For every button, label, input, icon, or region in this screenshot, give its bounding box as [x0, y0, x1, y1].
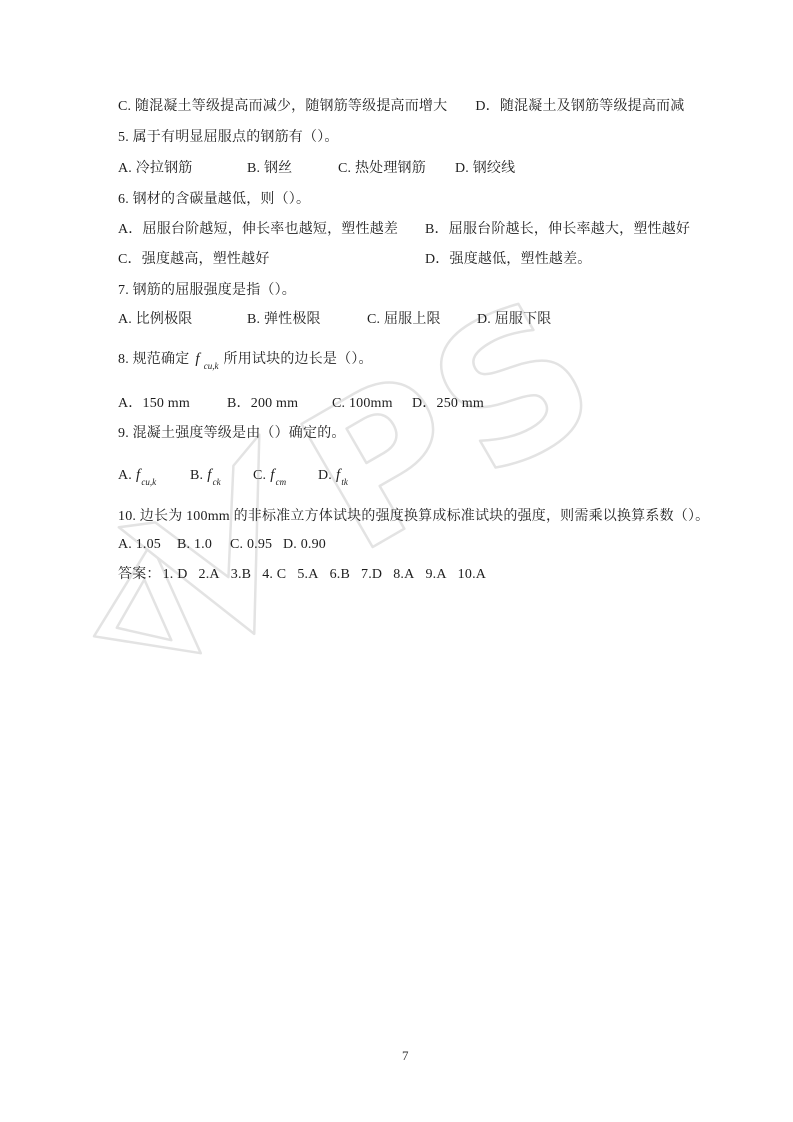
f-subscript: ck — [213, 477, 221, 487]
q8-formula: fcu,k — [189, 350, 218, 373]
page: PS C. 随混凝土等级提高而减少，随钢筋等级提高而增大 D．随混凝土及钢筋等级… — [0, 0, 793, 1122]
f-subscript: cu,k — [204, 361, 219, 371]
answer-4: 4. C — [262, 566, 286, 584]
q4-option-c: C. 随混凝土等级提高而减少，随钢筋等级提高而增大 — [118, 98, 447, 116]
question-5-stem: 5. 属于有明显屈服点的钢筋有（）。 — [118, 129, 339, 147]
answer-2: 2.A — [199, 566, 220, 584]
f-subscript: tk — [341, 477, 348, 487]
f-symbol: f — [136, 467, 140, 483]
question-10-options: A. 1.05 B. 1.0 C. 0.95 D. 0.90 — [118, 536, 326, 554]
answer-1: 1. D — [163, 566, 188, 584]
q4-option-d: D．随混凝土及钢筋等级提高而减 — [475, 98, 684, 116]
question-7-stem: 7. 钢筋的屈服强度是指（）。 — [118, 282, 296, 300]
q9-option-c: C.fcm — [253, 466, 318, 489]
q9-option-d: D.ftk — [318, 466, 348, 489]
answer-8: 8.A — [393, 566, 414, 584]
question-4-options-cd: C. 随混凝土等级提高而减少，随钢筋等级提高而增大 D．随混凝土及钢筋等级提高而… — [118, 98, 684, 116]
question-9-stem: 9. 混凝土强度等级是由（）确定的。 — [118, 425, 346, 443]
q6-option-b: B．屈服台阶越长，伸长率越大，塑性越好 — [425, 221, 690, 239]
q8-stem-after: 所用试块的边长是（）。 — [224, 351, 373, 369]
wps-logo-icon: PS — [70, 280, 690, 720]
q6-option-c: C．强度越高，塑性越好 — [118, 251, 425, 269]
q7-option-b: B. 弹性极限 — [247, 311, 367, 329]
q5-option-c: C. 热处理钢筋 — [338, 160, 455, 178]
q7-option-c: C. 屈服上限 — [367, 311, 477, 329]
q10-option-c: C. 0.95 — [230, 536, 283, 554]
q5-option-d: D. 钢绞线 — [455, 160, 515, 178]
q7-option-a: A. 比例极限 — [118, 311, 247, 329]
answer-6: 6.B — [330, 566, 350, 584]
q9-option-a: A.fcu,k — [118, 466, 190, 489]
answer-9: 9.A — [425, 566, 446, 584]
f-symbol: f — [336, 467, 340, 483]
answers-label: 答案： — [118, 566, 161, 584]
question-7-options: A. 比例极限 B. 弹性极限 C. 屈服上限 D. 屈服下限 — [118, 311, 552, 329]
answers-line: 答案： 1. D 2.A 3.B 4. C 5.A 6.B 7.D 8.A 9.… — [118, 566, 497, 584]
q10-option-d: D. 0.90 — [283, 536, 326, 554]
q8-option-d: D．250 mm — [412, 395, 484, 413]
wps-watermark: PS — [70, 280, 690, 720]
f-subscript: cu,k — [141, 477, 156, 487]
f-symbol: f — [195, 351, 199, 367]
question-8-stem: 8. 规范确定 fcu,k 所用试块的边长是（）。 — [118, 350, 373, 373]
answer-7: 7.D — [361, 566, 382, 584]
q5-option-b: B. 钢丝 — [247, 160, 338, 178]
q10-option-a: A. 1.05 — [118, 536, 177, 554]
q9-option-b: B.fck — [190, 466, 253, 489]
page-number: 7 — [402, 1048, 409, 1064]
question-9-options: A.fcu,k B.fck C.fcm D.ftk — [118, 466, 348, 489]
q6-option-d: D．强度越低，塑性越差。 — [425, 251, 592, 269]
answer-10: 10.A — [458, 566, 486, 584]
q6-option-a: A．屈服台阶越短，伸长率也越短，塑性越差 — [118, 221, 425, 239]
answer-3: 3.B — [231, 566, 251, 584]
question-10-stem: 10. 边长为 100mm 的非标准立方体试块的强度换算成标准试块的强度，则需乘… — [118, 508, 709, 526]
q8-option-b: B．200 mm — [227, 395, 332, 413]
q8-stem-before: 8. 规范确定 — [118, 351, 189, 369]
question-6-options-cd: C．强度越高，塑性越好 D．强度越低，塑性越差。 — [118, 251, 592, 269]
q10-option-b: B. 1.0 — [177, 536, 230, 554]
f-symbol: f — [270, 467, 274, 483]
question-8-options: A．150 mm B．200 mm C. 100mm D．250 mm — [118, 395, 484, 413]
q8-option-c: C. 100mm — [332, 395, 412, 413]
f-subscript: cm — [276, 477, 287, 487]
q5-option-a: A. 冷拉钢筋 — [118, 160, 247, 178]
answer-5: 5.A — [297, 566, 318, 584]
q7-option-d: D. 屈服下限 — [477, 311, 552, 329]
question-5-options: A. 冷拉钢筋 B. 钢丝 C. 热处理钢筋 D. 钢绞线 — [118, 160, 515, 178]
f-symbol: f — [207, 467, 211, 483]
q8-option-a: A．150 mm — [118, 395, 227, 413]
question-6-options-ab: A．屈服台阶越短，伸长率也越短，塑性越差 B．屈服台阶越长，伸长率越大，塑性越好 — [118, 221, 690, 239]
question-6-stem: 6. 钢材的含碳量越低，则（）。 — [118, 191, 310, 209]
